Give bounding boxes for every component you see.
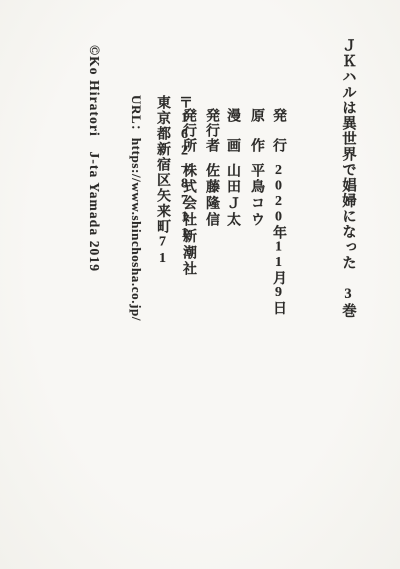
colophon-page: ＪＫハルは異世界で娼婦になった 3巻 発行2020年11月9日 原作平鳥コウ 漫…	[0, 0, 400, 569]
book-title: ＪＫハルは異世界で娼婦になった 3巻	[338, 38, 359, 319]
postal-code: 〒162−8711	[174, 95, 194, 243]
publisher-url: URL：https://www.shinchosha.co.jp/	[128, 95, 147, 321]
copyright-notice: ©Ko Hiratori J-ta Yamada 2019	[86, 45, 106, 272]
publisher-address: 東京都新宿区矢来町71	[152, 95, 172, 268]
